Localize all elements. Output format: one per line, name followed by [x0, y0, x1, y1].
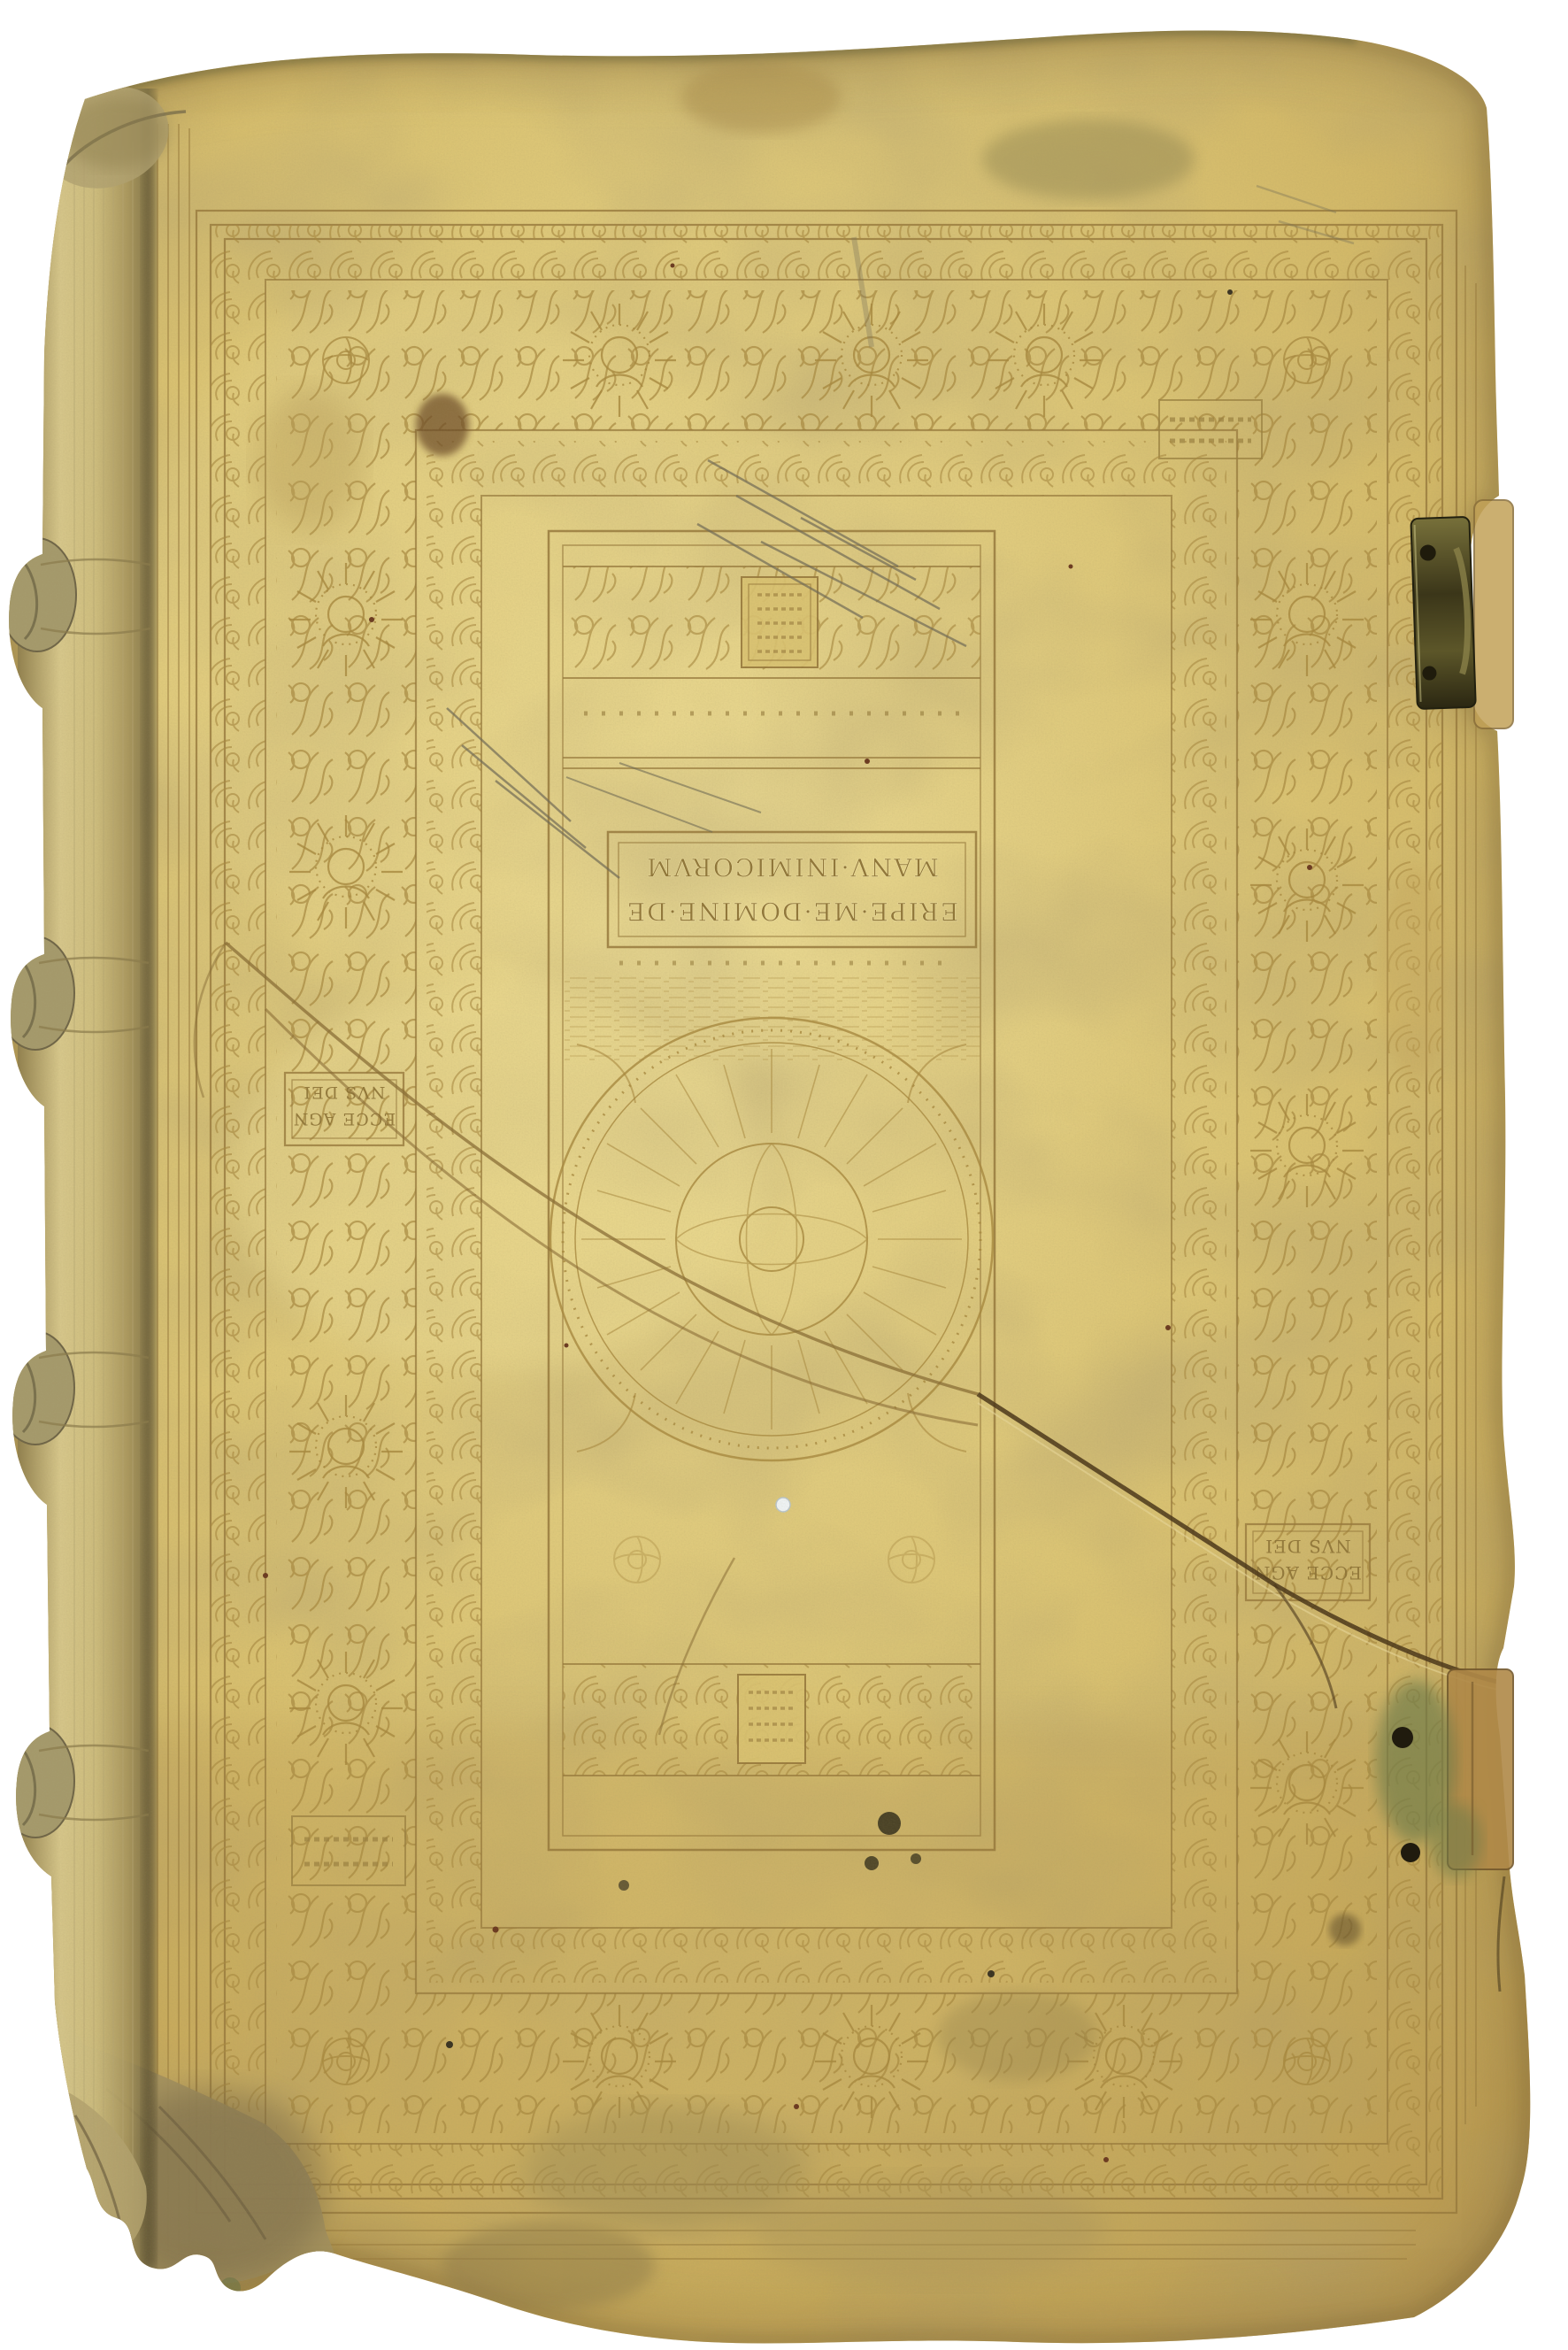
clasp-catch-top — [1410, 500, 1513, 728]
nail-hole-bottom — [1401, 1843, 1420, 1862]
nail-hole-top — [1392, 1727, 1413, 1748]
grain-texture — [0, 0, 1568, 2350]
book-cover: ECCE AGN NVS DEI ECCE AGN NVS DEI — [0, 0, 1568, 2350]
book-photo: ECCE AGN NVS DEI ECCE AGN NVS DEI — [0, 0, 1568, 2350]
verdigris-stain-2 — [1429, 1804, 1482, 1878]
fore-edge-ridge-top — [1474, 500, 1513, 728]
photo-stage: ECCE AGN NVS DEI ECCE AGN NVS DEI — [0, 0, 1568, 2350]
